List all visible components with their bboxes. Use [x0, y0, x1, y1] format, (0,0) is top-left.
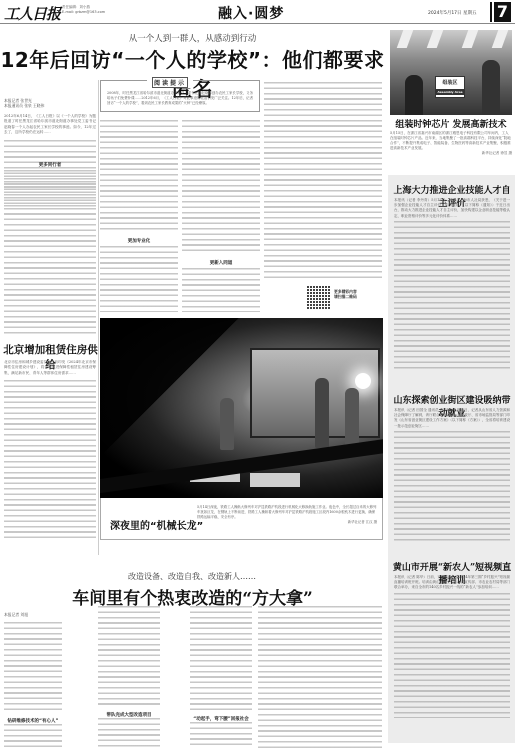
newspaper-logo: 工人日报 [4, 3, 60, 24]
assembly-area-sign: 组装区 Assembly Area [435, 76, 465, 98]
beijing-body: 北京市住房和城乡建设委员会日前印发《2024年北京市保障性住房建设计划》，将全力… [4, 360, 96, 550]
summary-box: 阅读提示 2008年，时任黑龙江省哈尔滨市道北街道办事处党工委书记的赵晓春创办农… [100, 80, 260, 112]
lead-kicker: 从一个人到一群人，从感动到行动 [0, 32, 385, 44]
second-body-col3 [190, 606, 252, 710]
second-kicker: 改造设备、改造自我、改造新人…… [128, 571, 256, 582]
assembly-photo-caption: 5月15日，在浙江省嘉兴市南湖区的浙江雅恩电子科技有限公司车间内，工人在组装时钟… [390, 131, 512, 156]
lead-body-col3 [182, 120, 260, 252]
lead-body-col1 [4, 170, 96, 335]
subhead-more-companions: 更多同行者 [4, 162, 96, 168]
lead-body-col4 [264, 82, 382, 280]
lead-body-col3b [182, 268, 260, 312]
brief-body-shandong: 本报讯（记者 田国全 通讯员 孔晓婷）5月13日，记者从山东省人力资源和社会保障… [394, 408, 510, 553]
night-railway-photo[interactable] [100, 318, 383, 498]
assembly-photo-title: 组装时钟芯片 发展高新技术 [390, 117, 512, 130]
lead-body-col2 [100, 120, 178, 230]
photo-story-caption: 5月14日深夜，铁路工人操纵大修列车对沪昆铁路沪杭段进行机械化大修换轨施工作业。… [197, 505, 377, 525]
second-body-col4 [258, 606, 382, 748]
second-body-col1 [4, 622, 62, 712]
subhead-more-professional: 更加专业化 [100, 238, 178, 244]
page-number-bar [490, 2, 492, 22]
qr-label: 更多精彩内容 请扫描二维码 [334, 289, 357, 299]
second-body-col3b [190, 722, 252, 748]
assembly-photo[interactable]: 组装区 Assembly Area [390, 30, 512, 115]
second-body-col1b [4, 724, 62, 748]
second-body-col2 [98, 606, 160, 706]
summary-box-title: 阅读提示 [147, 77, 193, 88]
second-body-col2b [98, 718, 160, 748]
editor-info: 责任编辑：刘小燕 E-mail: grbzm@163.com [62, 5, 105, 15]
lead-byline: 本报记者 张世光 本报通讯员 张泉 王晓伟 [4, 98, 96, 109]
page-number: 7 [494, 2, 511, 22]
qr-code[interactable] [307, 285, 331, 309]
lead-body-col2b [100, 246, 178, 312]
second-byline: 本报记者 刘旭 [4, 612, 28, 617]
column-divider [98, 80, 99, 555]
section-title: 融入·圆梦 [218, 3, 284, 23]
photo-story-title: 深夜里的“机械长龙” [110, 517, 203, 532]
brief-body-huangshan: 本报讯（记者 陈华）日前，安徽省黄山市2024年第三期“乡村振兴”短视频直播培训… [394, 575, 510, 735]
subhead-new-joiners: 更新入同道 [182, 260, 260, 266]
issue-date: 2024年5月17日 星期五 [428, 10, 476, 16]
brief-body-shanghai: 本报讯（记者 李丹青）5月15日，记者从上海市人社局获悉，《关于进一步加强企业技… [394, 198, 510, 386]
masthead: 工人日报 责任编辑：刘小燕 E-mail: grbzm@163.com 融入·圆… [0, 0, 515, 24]
